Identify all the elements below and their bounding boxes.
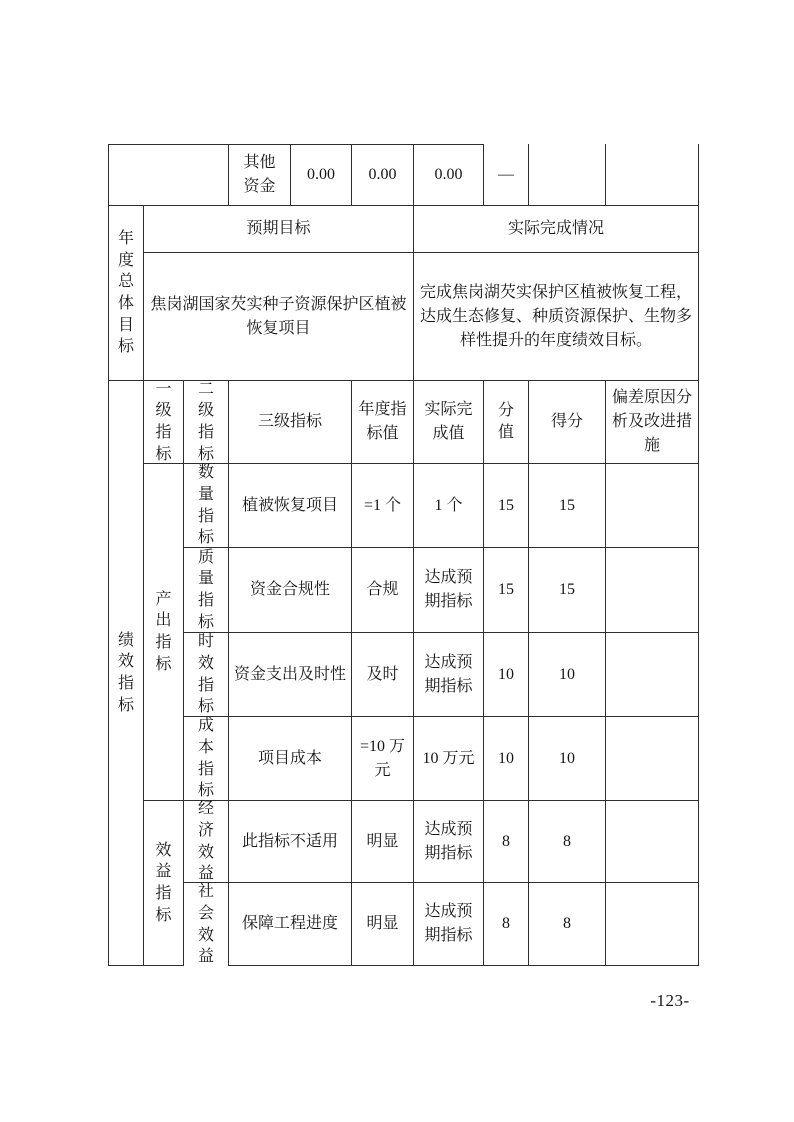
row3-target: 及时: [351, 632, 414, 717]
row2-level2: 质量指标: [183, 547, 229, 633]
row2-score: 15: [528, 547, 606, 633]
row6-level3: 保障工程进度: [228, 882, 352, 966]
funds-row-empty-cell: [108, 144, 229, 206]
row6-points: 8: [483, 882, 529, 966]
funds-row-empty-cell-3: [605, 144, 699, 206]
header-actual-value: 实际完 成值: [413, 380, 484, 464]
row4-target: =10 万 元: [351, 716, 414, 801]
row4-deviation: [605, 716, 699, 801]
row5-points: 8: [483, 800, 529, 883]
header-points: 分值: [483, 380, 529, 464]
row1-target: =1 个: [351, 463, 414, 548]
funds-row-value-2: 0.00: [351, 144, 414, 206]
funds-row-empty-cell-2: [528, 144, 606, 206]
funds-row-value-1: 0.00: [290, 144, 352, 206]
row5-target: 明显: [351, 800, 414, 883]
row4-points: 10: [483, 716, 529, 801]
row3-score: 10: [528, 632, 606, 717]
header-level1: 一级指标: [143, 380, 184, 464]
funds-row-label: 其他 资金: [228, 144, 291, 206]
row5-actual: 达成预 期指标: [413, 800, 484, 883]
row2-points: 15: [483, 547, 529, 633]
row6-deviation: [605, 882, 699, 966]
row6-target: 明显: [351, 882, 414, 966]
header-level3: 三级指标: [228, 380, 352, 464]
row4-level2: 成本指标: [183, 716, 229, 801]
header-annual-target: 年度指 标值: [351, 380, 414, 464]
row1-points: 15: [483, 463, 529, 548]
row2-deviation: [605, 547, 699, 633]
row4-level3: 项目成本: [228, 716, 352, 801]
row1-actual: 1 个: [413, 463, 484, 548]
row2-actual: 达成预 期指标: [413, 547, 484, 633]
row5-level2: 经济效益: [183, 800, 229, 883]
row3-level2: 时效指标: [183, 632, 229, 717]
row1-level2: 数量指标: [183, 463, 229, 548]
row3-deviation: [605, 632, 699, 717]
row4-score: 10: [528, 716, 606, 801]
header-deviation: 偏差原因分 析及改进措 施: [605, 380, 699, 464]
row5-score: 8: [528, 800, 606, 883]
row2-level3: 资金合规性: [228, 547, 352, 633]
funds-row-dash-cell: —: [483, 144, 529, 206]
annual-goal-row-label: 年度总体目标: [108, 205, 144, 381]
row6-score: 8: [528, 882, 606, 966]
expected-goal-header: 预期目标: [143, 205, 414, 253]
row6-level2: 社会效益: [183, 882, 229, 966]
other-funds-text: 其他 资金: [243, 151, 275, 199]
row4-actual: 10 万元: [413, 716, 484, 801]
row3-points: 10: [483, 632, 529, 717]
performance-indicators-label: 绩效指标: [108, 380, 144, 966]
actual-completion-text: 完成焦岗湖芡实保护区植被恢复工程， 达成生态修复、种质资源保护、生物多 样性提升…: [413, 252, 699, 381]
row5-deviation: [605, 800, 699, 883]
page-number: -123-: [644, 991, 696, 1011]
actual-completion-header: 实际完成情况: [413, 205, 699, 253]
header-score: 得分: [528, 380, 606, 464]
expected-goal-text: 焦岗湖国家芡实种子资源保护区植被 恢复项目: [143, 252, 414, 381]
row6-actual: 达成预 期指标: [413, 882, 484, 966]
row2-target: 合规: [351, 547, 414, 633]
level1-group-benefit: 效益指标: [143, 800, 184, 966]
document-page: 其他 资金 0.00 0.00 0.00 — 年度总体目标 预期目标 实际完成情…: [0, 0, 794, 1122]
row5-level3: 此指标不适用: [228, 800, 352, 883]
level1-group-output: 产出指标: [143, 463, 184, 801]
row3-actual: 达成预 期指标: [413, 632, 484, 717]
header-level2: 二级指标: [183, 380, 229, 464]
row1-level3: 植被恢复项目: [228, 463, 352, 548]
row1-deviation: [605, 463, 699, 548]
funds-row-value-3: 0.00: [413, 144, 484, 206]
row1-score: 15: [528, 463, 606, 548]
dash-text: —: [498, 163, 514, 187]
row3-level3: 资金支出及时性: [228, 632, 352, 717]
